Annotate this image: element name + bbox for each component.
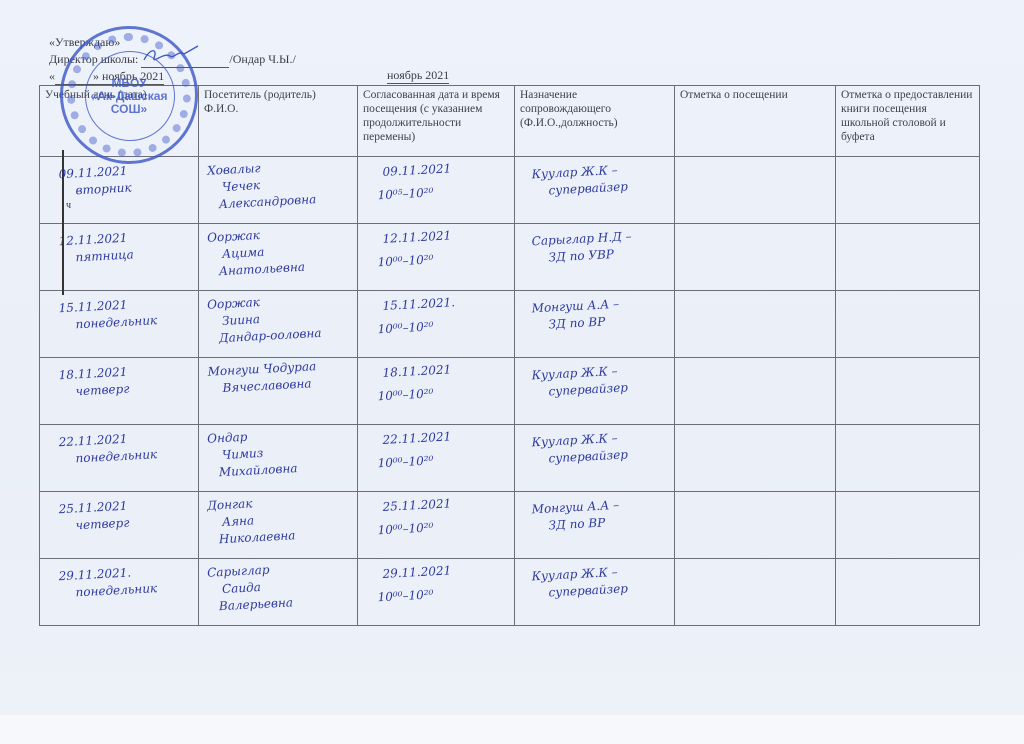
cell-escort: Куулар Ж.К –супервайзер — [515, 358, 675, 425]
table-row: 25.11.2021четвергДонгакАянаНиколаевна25.… — [40, 492, 980, 559]
col-header-escort: Назначение сопровождающего (Ф.И.О.,должн… — [515, 86, 675, 157]
handwritten-entry: 12.11.202110⁰⁰–10²⁰ — [362, 218, 510, 272]
table-row: 12.11.2021пятницаОоржакАцимаАнатольевна1… — [40, 224, 980, 291]
handwritten-entry: Монгуш А.А –ЗД по ВР — [519, 486, 670, 536]
cell-visitor: ОндарЧимизМихайловна — [199, 425, 358, 492]
handwritten-entry: 22.11.202110⁰⁰–10²⁰ — [362, 419, 510, 473]
cell-escort: Куулар Ж.К –супервайзер — [515, 559, 675, 626]
cell-visitor: ХовалыгЧечекАлександровна — [199, 157, 358, 224]
handwritten-entry: 09.11.2021вторник — [44, 151, 194, 201]
approval-block: «Утверждаю» Директор школы: /Ондар Ч.Ы./… — [49, 34, 296, 85]
col-header-agreed-time: Согласованная дата и время посещения (с … — [358, 86, 515, 157]
handwritten-entry: Куулар Ж.К –супервайзер — [519, 352, 670, 402]
cell-book-mark — [836, 425, 980, 492]
cell-escort: Куулар Ж.К –супервайзер — [515, 425, 675, 492]
table-header-row: Учебный день (дата) Посетитель (родитель… — [40, 86, 980, 157]
handwritten-entry: Сарыглар Н.Д –ЗД по УВР — [519, 218, 670, 268]
cell-agreed-time: 15.11.2021.10⁰⁰–10²⁰ — [358, 291, 515, 358]
table-row: 09.11.2021вторникХовалыгЧечекАлександров… — [40, 157, 980, 224]
handwritten-entry: ОоржакЗиинаДандар-ооловна — [203, 285, 354, 348]
cell-school-day: 22.11.2021понедельник — [40, 425, 199, 492]
handwritten-entry: Куулар Ж.К –супервайзер — [519, 553, 670, 603]
approved-label: «Утверждаю» — [49, 35, 120, 49]
handwritten-entry: 15.11.2021понедельник — [44, 285, 194, 335]
handwritten-entry: 25.11.202110⁰⁰–10²⁰ — [362, 486, 510, 540]
handwritten-entry: 12.11.2021пятница — [44, 218, 194, 268]
cell-visit-mark — [675, 291, 836, 358]
cell-escort: Монгуш А.А –ЗД по ВР — [515, 291, 675, 358]
cell-book-mark — [836, 358, 980, 425]
director-label: Директор школы: — [49, 52, 138, 66]
cell-visit-mark — [675, 492, 836, 559]
cell-agreed-time: 09.11.202110⁰⁵–10²⁰ — [358, 157, 515, 224]
handwritten-entry: Монгуш ЧодурааВячеславовна — [203, 352, 353, 398]
handwritten-entry: ОндарЧимизМихайловна — [203, 419, 354, 482]
handwritten-entry: 18.11.2021четверг — [44, 352, 194, 402]
cell-visitor: ДонгакАянаНиколаевна — [199, 492, 358, 559]
cell-visitor: ОоржакЗиинаДандар-ооловна — [199, 291, 358, 358]
cell-agreed-time: 29.11.202110⁰⁰–10²⁰ — [358, 559, 515, 626]
margin-line — [62, 150, 64, 295]
cell-school-day: 15.11.2021понедельник — [40, 291, 199, 358]
handwritten-entry: Монгуш А.А –ЗД по ВР — [519, 285, 670, 335]
handwritten-entry: ХовалыгЧечекАлександровна — [203, 151, 354, 214]
handwritten-entry: 09.11.202110⁰⁵–10²⁰ — [362, 151, 510, 205]
col-header-school-day: Учебный день (дата) — [40, 86, 199, 157]
scan-margin — [0, 715, 1024, 744]
handwritten-entry: 29.11.202110⁰⁰–10²⁰ — [362, 553, 510, 607]
month-title: ноябрь 2021 — [387, 68, 449, 84]
handwritten-entry: ОоржакАцимаАнатольевна — [203, 218, 354, 281]
date-suffix: » ноябрь 2021 — [93, 68, 164, 85]
cell-school-day: 29.11.2021.понедельник — [40, 559, 199, 626]
cell-book-mark — [836, 291, 980, 358]
handwritten-entry: СарыгларСаидаВалерьевна — [203, 553, 354, 616]
cell-book-mark — [836, 224, 980, 291]
cell-visit-mark — [675, 425, 836, 492]
handwritten-entry: 18.11.202110⁰⁰–10²⁰ — [362, 352, 510, 406]
cell-agreed-time: 18.11.202110⁰⁰–10²⁰ — [358, 358, 515, 425]
handwritten-entry: Куулар Ж.К –супервайзер — [519, 419, 670, 469]
handwritten-entry: 29.11.2021.понедельник — [44, 553, 194, 603]
day-blank — [55, 68, 93, 85]
cell-visit-mark — [675, 224, 836, 291]
cell-visit-mark — [675, 157, 836, 224]
handwritten-entry: Куулар Ж.К –супервайзер — [519, 151, 670, 201]
cell-escort: Монгуш А.А –ЗД по ВР — [515, 492, 675, 559]
handwritten-entry: 25.11.2021четверг — [44, 486, 194, 536]
signature-line — [141, 51, 229, 68]
handwritten-entry: 22.11.2021понедельник — [44, 419, 194, 469]
visit-journal-table: Учебный день (дата) Посетитель (родитель… — [39, 85, 980, 626]
cell-agreed-time: 22.11.202110⁰⁰–10²⁰ — [358, 425, 515, 492]
cell-school-day: 18.11.2021четверг — [40, 358, 199, 425]
table-row: 18.11.2021четвергМонгуш ЧодурааВячеславо… — [40, 358, 980, 425]
table-row: 29.11.2021.понедельникСарыгларСаидаВалер… — [40, 559, 980, 626]
cell-visitor: Монгуш ЧодурааВячеславовна — [199, 358, 358, 425]
cell-school-day: 25.11.2021четверг — [40, 492, 199, 559]
cell-visit-mark — [675, 559, 836, 626]
col-header-book-mark: Отметка о предоставлении книги посещения… — [836, 86, 980, 157]
cell-book-mark — [836, 157, 980, 224]
col-header-visit-mark: Отметка о посещении — [675, 86, 836, 157]
cell-book-mark — [836, 492, 980, 559]
cell-book-mark — [836, 559, 980, 626]
director-name: /Ондар Ч.Ы./ — [229, 52, 295, 66]
table-row: 22.11.2021понедельникОндарЧимизМихайловн… — [40, 425, 980, 492]
cell-visit-mark — [675, 358, 836, 425]
handwritten-entry: 15.11.2021.10⁰⁰–10²⁰ — [362, 285, 510, 339]
col-header-visitor: Посетитель (родитель) Ф.И.О. — [199, 86, 358, 157]
cell-agreed-time: 12.11.202110⁰⁰–10²⁰ — [358, 224, 515, 291]
cell-escort: Сарыглар Н.Д –ЗД по УВР — [515, 224, 675, 291]
table-row: 15.11.2021понедельникОоржакЗиинаДандар-о… — [40, 291, 980, 358]
cell-visitor: СарыгларСаидаВалерьевна — [199, 559, 358, 626]
cell-agreed-time: 25.11.202110⁰⁰–10²⁰ — [358, 492, 515, 559]
scanned-page: «Утверждаю» Директор школы: /Ондар Ч.Ы./… — [0, 0, 1024, 715]
stray-mark: ч — [66, 200, 71, 211]
cell-escort: Куулар Ж.К –супервайзер — [515, 157, 675, 224]
handwritten-entry: ДонгакАянаНиколаевна — [203, 486, 354, 549]
cell-visitor: ОоржакАцимаАнатольевна — [199, 224, 358, 291]
